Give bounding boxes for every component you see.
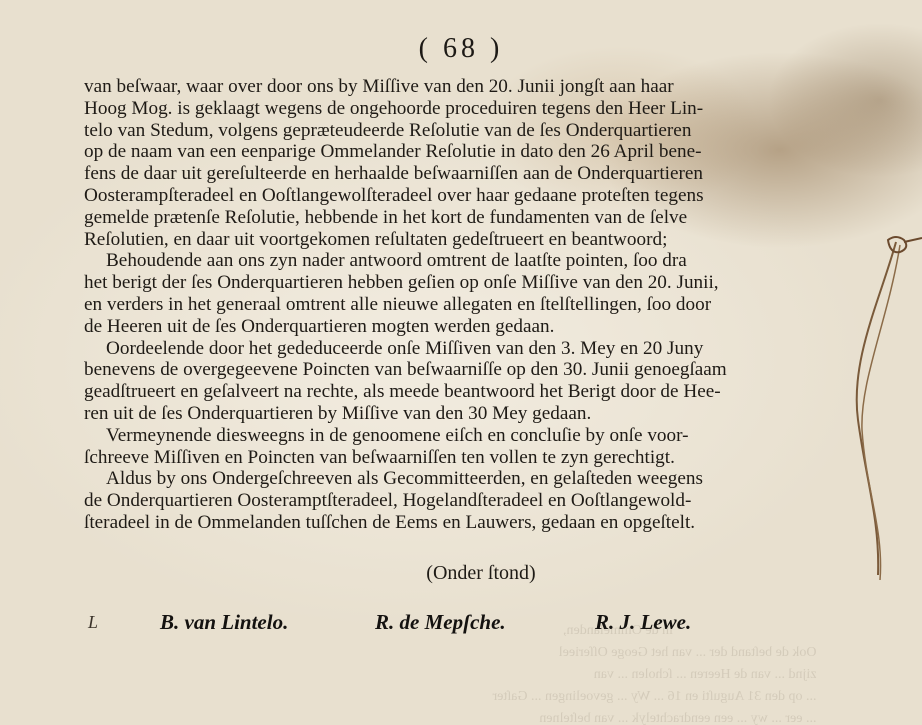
text-line: ſchreeve Miſſiven en Poincten van beſwaa… bbox=[84, 447, 804, 469]
text-line: ſteradeel in de Ommelanden tuſſchen de E… bbox=[84, 512, 804, 534]
text-line: het berigt der ſes Onderquartieren hebbe… bbox=[84, 272, 804, 294]
scanned-page: in de Ommelanden, Ook de beſtand der ...… bbox=[0, 0, 922, 725]
text-line: telo van Stedum, volgens gepræteudeerde … bbox=[84, 120, 804, 142]
text-line: benevens de overgegeevene Poincten van b… bbox=[84, 359, 804, 381]
text-line: geadſtrueert en geſalveert na rechte, al… bbox=[84, 381, 804, 403]
text-line: fens de daar uit gereſulteerde en herhaa… bbox=[84, 163, 804, 185]
text-line: gemelde prætenſe Reſolutie, hebbende in … bbox=[84, 207, 804, 229]
text-line: Oosterampſteradeel en Ooſtlangewolſterad… bbox=[84, 185, 804, 207]
paragraph-5: Aldus by ons Ondergeſchreeven als Gecomm… bbox=[84, 468, 804, 533]
text-line: Aldus by ons Ondergeſchreeven als Gecomm… bbox=[84, 468, 804, 490]
paragraph-2: Behoudende aan ons zyn nader antwoord om… bbox=[84, 250, 804, 337]
text-line: Vermeynende diesweegns in de genoomene e… bbox=[84, 425, 804, 447]
text-line: ren uit de ſes Onderquartieren by Miſſiv… bbox=[84, 403, 804, 425]
signature-van-lintelo: B. van Lintelo. bbox=[160, 610, 288, 635]
text-line: Oordeelende door het gededuceerde onſe M… bbox=[84, 338, 804, 360]
text-line: de Onderquartieren Oosteramptſteradeel, … bbox=[84, 490, 804, 512]
margin-mark: L bbox=[88, 612, 98, 633]
text-line: de Heeren uit de ſes Onderquartieren mog… bbox=[84, 316, 804, 338]
text-line: en verders in het generaal omtrent alle … bbox=[84, 294, 804, 316]
paragraph-3: Oordeelende door het gededuceerde onſe M… bbox=[84, 338, 804, 425]
text-line: op de naam van een eenparige Ommelander … bbox=[84, 141, 804, 163]
text-line: van beſwaar, waar over door ons by Miſſi… bbox=[84, 76, 804, 98]
text-line: Behoudende aan ons zyn nader antwoord om… bbox=[84, 250, 804, 272]
paragraph-4: Vermeynende diesweegns in de genoomene e… bbox=[84, 425, 804, 469]
paragraph-1: van beſwaar, waar over door ons by Miſſi… bbox=[84, 76, 804, 250]
page-number: ( 68 ) bbox=[0, 33, 922, 65]
text-line: Reſolutien, en daar uit voortgekomen reſ… bbox=[84, 229, 804, 251]
body-text: van beſwaar, waar over door ons by Miſſi… bbox=[84, 76, 804, 534]
signature-block: L B. van Lintelo. R. de Mepſche. R. J. L… bbox=[80, 610, 780, 640]
signature-header: (Onder ſtond) bbox=[0, 562, 922, 585]
text-line: Hoog Mog. is geklaagt wegens de ongehoor… bbox=[84, 98, 804, 120]
signature-de-mepsche: R. de Mepſche. bbox=[375, 610, 506, 635]
signature-lewe: R. J. Lewe. bbox=[595, 610, 691, 635]
